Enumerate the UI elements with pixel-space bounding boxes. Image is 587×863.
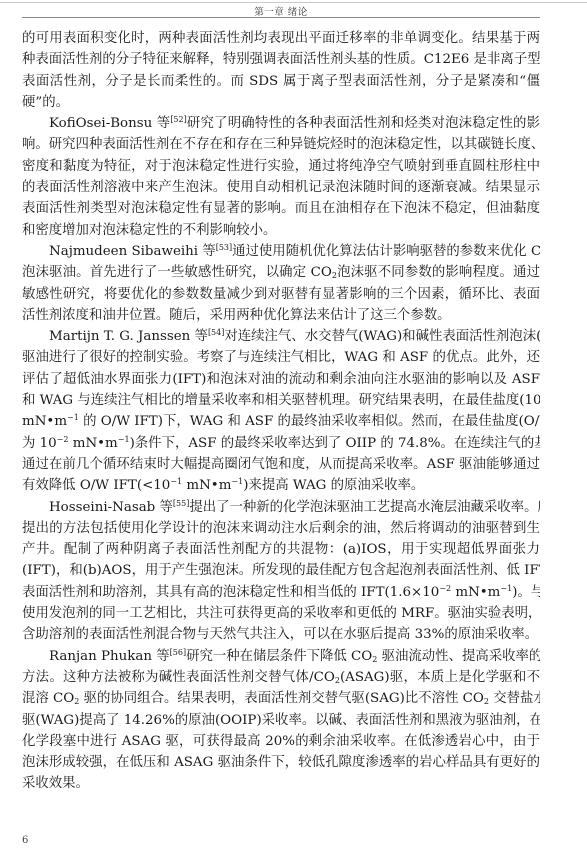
text-line: mN•m−1 的 O/W IFT)下，WAG 和 ASF 的最终油采收率相似。然… (22, 411, 540, 432)
citation-ref: [52] (170, 115, 186, 124)
text-line: 硬”的。 (22, 92, 540, 113)
text-line: 含助溶剂的表面活性剂混合物与天然气共注入，可以在水驱后提高 33%的原油采收率。 (22, 624, 540, 645)
author-name: Najmudeen Sibaweihi (49, 244, 198, 259)
text-line: 评估了超低油水界面张力(IFT)和泡沫对油的流动和剩余油向注水驱油的影响以及 A… (22, 369, 540, 390)
citation-ref: [54] (208, 328, 224, 337)
text-line: 表面活性剂类型对泡沫稳定性有显著的影响。而且在油相存在下泡沫不稳定，但油黏度 (22, 198, 540, 219)
running-header: 第一章 绪论 (22, 4, 540, 18)
text-line: Hosseini-Nasab 等[55]提出了一种新的化学泡沫驱油工艺提高水淹层… (22, 497, 540, 518)
text-line: 活性剂浓度和油井位置。随后，采用两种优化算法来估计了这三个参数。 (22, 305, 540, 326)
text-line: 种表面活性剂的分子特征来解释，特别强调表面活性剂头基的性质。C12E6 是非离子… (22, 49, 540, 70)
text-line: 表面活性剂，分子是长而柔性的。而 SDS 属于离子型表面活性剂，分子是紧凑和“僵 (22, 71, 540, 92)
text-line: 采收效果。 (22, 773, 540, 794)
text-line: 提出的方法包括使用化学设计的泡沫来调动注水后剩余的油，然后将调动的油驱替到生 (22, 518, 540, 539)
paragraph-3: Najmudeen Sibaweihi 等[53]通过使用随机优化算法估计影响驱… (22, 241, 540, 326)
text-line: 方法。这种方法被称为碱性表面活性剂交替气体/CO2(ASAG)驱，本质上是化学驱… (22, 667, 540, 688)
text-line: 化学段塞中进行 ASAG 驱，可获得最高 20%的剩余油采收率。在低渗透岩心中，… (22, 731, 540, 752)
text-line: 驱油进行了很好的控制实验。考察了与连续注气相比，WAG 和 ASF 的优点。此外… (22, 347, 540, 368)
text-line: 密度和黏度为特征，对于泡沫稳定性进行实验，通过将纯净空气喷射到垂直圆柱形柱中 (22, 156, 540, 177)
text-line: Martijn T. G. Janssen 等[54]对连续注气、水交替气(WA… (22, 326, 540, 347)
text-line: 混溶 CO2 驱的协同组合。结果表明，表面活性剂交替气驱(SAG)比不溶性 CO… (22, 688, 540, 709)
body-text: 的可用表面积变化时，两种表面活性剂均表现出平面迁移率的非单调变化。结果基于两 种… (22, 28, 540, 795)
page-number: 6 (22, 835, 28, 846)
paragraph-6: Ranjan Phukan 等[56]研究一种在储层条件下降低 CO2 驱油流动… (22, 646, 540, 795)
text-line: 的表面活性剂溶液中来产生泡沫。使用自动相机记录泡沫随时间的逐渐衰减。结果显示 (22, 177, 540, 198)
text-line: 和密度增加对泡沫稳定性的不利影响较小。 (22, 220, 540, 241)
citation-ref: [56] (170, 648, 186, 657)
paragraph-1: 的可用表面积变化时，两种表面活性剂均表现出平面迁移率的非单调变化。结果基于两 种… (22, 28, 540, 113)
text-line: Ranjan Phukan 等[56]研究一种在储层条件下降低 CO2 驱油流动… (22, 646, 540, 667)
text-line: Najmudeen Sibaweihi 等[53]通过使用随机优化算法估计影响驱… (22, 241, 540, 262)
text-line: 表面活性剂和助溶剂，其具有高的泡沫稳定性和相当低的 IFT(1.6×10−2 m… (22, 582, 540, 603)
text-line: 的可用表面积变化时，两种表面活性剂均表现出平面迁移率的非单调变化。结果基于两 (22, 28, 540, 49)
paragraph-5: Hosseini-Nasab 等[55]提出了一种新的化学泡沫驱油工艺提高水淹层… (22, 497, 540, 646)
author-name: KofiOsei-Bonsu (49, 116, 152, 131)
citation-ref: [53] (216, 243, 232, 252)
page-top-border (0, 2, 587, 3)
text-line: 泡沫形成较强，在低压和 ASAG 驱油条件下，较低孔隙度渗透率的岩心样品具有更好… (22, 752, 540, 773)
author-name: Ranjan Phukan (49, 649, 152, 664)
citation-ref: [55] (173, 499, 189, 508)
text-line: 和 WAG 与连续注气相比的增量采收率和相关驱替机理。研究结果表明，在最佳盐度(… (22, 390, 540, 411)
paragraph-2: KofiOsei-Bonsu 等[52]研究了明确特性的各种表面活性剂和烃类对泡… (22, 113, 540, 241)
text-line: 产井。配制了两种阴离子表面活性剂配方的共混物：(a)IOS，用于实现超低界面张力 (22, 539, 540, 560)
text-line: 泡沫驱油。首先进行了一些敏感性研究，以确定 CO2泡沫驱不同参数的影响程度。通过 (22, 262, 540, 283)
text-line: 响。研究四种表面活性剂在不存在和存在三种异链烷烃时的泡沫稳定性，以其碳链长度、 (22, 134, 540, 155)
author-name: Hosseini-Nasab (49, 500, 155, 515)
paragraph-4: Martijn T. G. Janssen 等[54]对连续注气、水交替气(WA… (22, 326, 540, 496)
text-line: 为 10−2 mN•m−1)条件下，ASF 的最终采收率达到了 OIIP 的 7… (22, 433, 540, 454)
text-line: 敏感性研究，将要优化的参数数量减少到对驱替有显著影响的三个因素，循环比、表面 (22, 284, 540, 305)
text-line: KofiOsei-Bonsu 等[52]研究了明确特性的各种表面活性剂和烃类对泡… (22, 113, 540, 134)
text-line: (IFT)，和(b)AOS，用于产生强泡沫。所发现的最佳配方包含起泡剂表面活性剂… (22, 560, 540, 581)
header-rule (22, 17, 540, 18)
author-name: Martijn T. G. Janssen (49, 329, 190, 344)
text-line: 使用发泡剂的同一工艺相比，共注可获得更高的采收率和更低的 MRF。驱油实验表明， (22, 603, 540, 624)
text-line: 驱(WAG)提高了 14.26%的原油(OOIP)采收率。以碱、表面活性剂和黑液… (22, 710, 540, 731)
text-line: 通过在前几个循环结束时大幅提高圈闭气饱和度，从而提高采收率。ASF 驱油能够通过 (22, 454, 540, 475)
text-line: 有效降低 O/W IFT(<10−1 mN•m−1)来提高 WAG 的原油采收率… (22, 475, 540, 496)
